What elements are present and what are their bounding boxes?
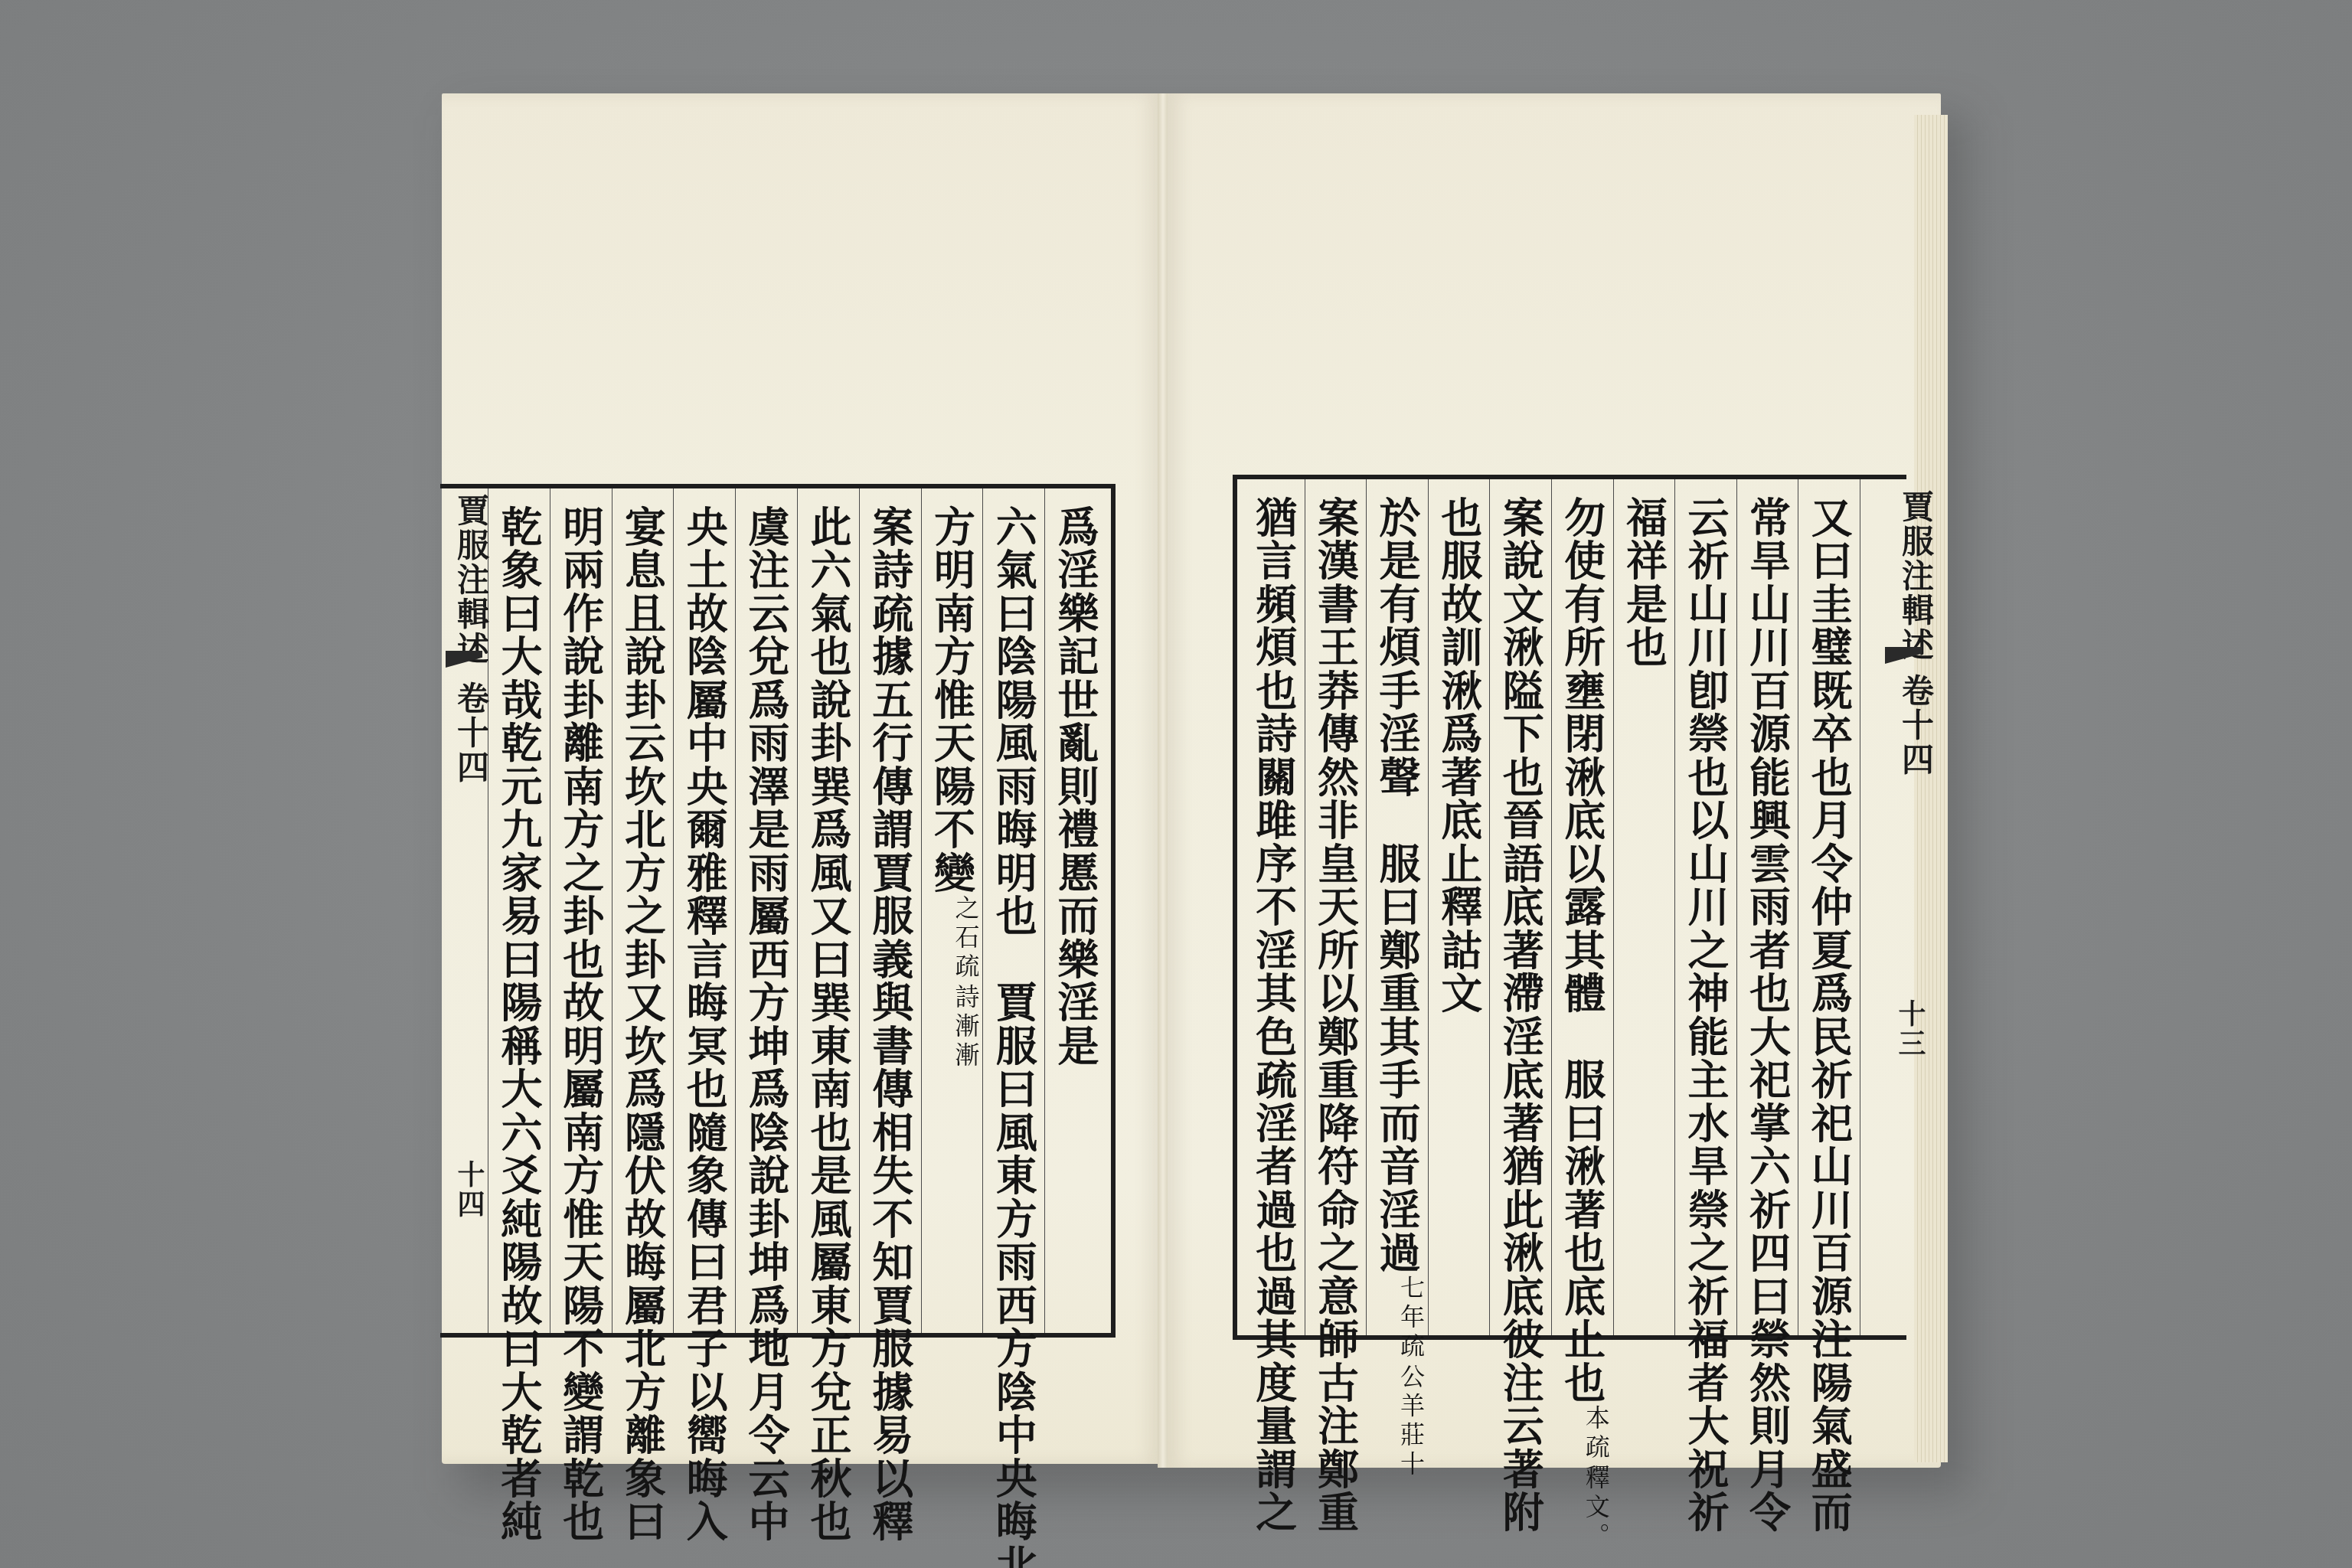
text-column: 案詩疏據五行傳謂賈服義與書傳相失不知賈服據易以釋 (859, 488, 921, 1333)
inline-note: 釋文。本疏 (1583, 1405, 1609, 1552)
column-text: 明兩作說卦離南方之卦也故明屬南方惟天陽不變謂乾也 (554, 488, 608, 1333)
column-text: 六氣曰陰陽風雨晦明也 賈服曰風東方雨西方陰中央晦北 (987, 488, 1040, 1333)
inline-note: 詩漸漸之石疏 (953, 895, 979, 1071)
inline-note: 公羊莊十七年疏 (1398, 1275, 1424, 1480)
text-column: 宴息且說卦云坎北方之卦又坎爲隱伏故晦屬北方離象曰 (612, 488, 674, 1333)
text-column: 又曰圭璧既卒也月令仲夏爲民祈祀山川百源注陽氣盛而 (1798, 479, 1860, 1335)
left-margin-volume: 卷十四 (448, 681, 494, 785)
right-text-frame: 又曰圭璧既卒也月令仲夏爲民祈祀山川百源注陽氣盛而 常旱山川百源能興雲雨者也大祀掌… (1233, 475, 1906, 1340)
note-left: 本疏 (1583, 1405, 1609, 1463)
right-columns: 又曰圭璧既卒也月令仲夏爲民祈祀山川百源注陽氣盛而 常旱山川百源能興雲雨者也大祀掌… (1243, 479, 1906, 1335)
text-column: 六氣曰陰陽風雨晦明也 賈服曰風東方雨西方陰中央晦北 (982, 488, 1044, 1333)
column-text: 此六氣也說卦巽爲風又曰巽東南也是風屬東方兌正秋也 (802, 488, 855, 1333)
column-text: 也服故訓湫爲著底止釋詁文 (1432, 479, 1486, 1335)
column-main-text: 勿使有所壅閉湫底以露其體 服曰湫著也底止也 (1558, 496, 1607, 1405)
note-left: 之石疏 (953, 895, 979, 982)
text-column: 也服故訓湫爲著底止釋詁文 (1428, 479, 1490, 1335)
left-margin-title: 賈服注輯述 (448, 494, 494, 666)
column-text: 云祈山川卽禜也以山川之神能主水旱禜之祈福者大祝祈 (1679, 479, 1733, 1335)
text-column: 乾象曰大哉乾元九家易曰陽稱大六爻純陽故曰大乾者純 (488, 488, 550, 1333)
column-text: 案漢書王莽傳然非皇天所以鄭重降符命之意師古注鄭重 (1308, 479, 1362, 1335)
right-page-number: 十三 (1891, 999, 1930, 1059)
text-column: 福祥是也 (1613, 479, 1675, 1335)
text-column: 方明南方惟天陽不變詩漸漸之石疏 (921, 488, 983, 1333)
column-text: 又曰圭璧既卒也月令仲夏爲民祈祀山川百源注陽氣盛而 (1802, 479, 1856, 1335)
note-right: 釋文。 (1583, 1465, 1609, 1552)
note-left: 七年疏 (1398, 1275, 1424, 1362)
text-column: 勿使有所壅閉湫底以露其體 服曰湫著也底止也釋文。本疏 (1551, 479, 1613, 1335)
left-columns: 爲淫樂記世亂則禮慝而樂淫是 六氣曰陰陽風雨晦明也 賈服曰風東方雨西方陰中央晦北 … (440, 488, 1106, 1333)
column-text: 猶言頻煩也詩關雎序不淫其色疏淫者過也過其度量謂之 (1247, 479, 1301, 1335)
column-text: 央土故陰屬中央爾雅釋言晦冥也隨象傳曰君子以嚮晦入 (678, 488, 731, 1333)
note-right: 詩漸漸 (953, 984, 979, 1071)
column-text: 方明南方惟天陽不變詩漸漸之石疏 (926, 488, 979, 1333)
column-main-text: 於是有煩手淫聲 服曰鄭重其手而音淫過 (1373, 496, 1422, 1275)
column-text: 宴息且說卦云坎北方之卦又坎爲隱伏故晦屬北方離象曰 (616, 488, 670, 1333)
column-text: 福祥是也 (1617, 479, 1671, 1335)
note-right: 公羊莊十 (1398, 1364, 1424, 1480)
page-stack-edges (1914, 115, 1948, 1462)
column-text: 案詩疏據五行傳謂賈服義與書傳相失不知賈服據易以釋 (864, 488, 917, 1333)
text-column: 案漢書王莽傳然非皇天所以鄭重降符命之意師古注鄭重 (1305, 479, 1367, 1335)
column-text: 常旱山川百源能興雲雨者也大祀掌六祈四曰禜然則月令 (1741, 479, 1795, 1335)
text-column: 云祈山川卽禜也以山川之神能主水旱禜之祈福者大祝祈 (1674, 479, 1736, 1335)
right-margin-volume: 卷十四 (1893, 674, 1939, 777)
column-text: 於是有煩手淫聲 服曰鄭重其手而音淫過公羊莊十七年疏 (1370, 479, 1424, 1335)
text-column: 虞注云兌爲雨澤是雨屬西方坤爲陰說卦坤爲地月令云中 (735, 488, 797, 1333)
column-text: 爲淫樂記世亂則禮慝而樂淫是 (1049, 488, 1102, 1333)
text-column: 常旱山川百源能興雲雨者也大祀掌六祈四曰禜然則月令 (1736, 479, 1798, 1335)
text-column: 央土故陰屬中央爾雅釋言晦冥也隨象傳曰君子以嚮晦入 (673, 488, 735, 1333)
column-main-text: 方明南方惟天陽不變 (928, 505, 977, 895)
text-column: 爲淫樂記世亂則禮慝而樂淫是 (1044, 488, 1106, 1333)
right-margin-title: 賈服注輯述 (1893, 490, 1939, 662)
left-page-number: 十四 (450, 1160, 489, 1220)
column-text: 乾象曰大哉乾元九家易曰陽稱大六爻純陽故曰大乾者純 (492, 488, 546, 1333)
text-column: 猶言頻煩也詩關雎序不淫其色疏淫者過也過其度量謂之 (1243, 479, 1305, 1335)
book-gutter (1158, 93, 1168, 1468)
text-column: 明兩作說卦離南方之卦也故明屬南方惟天陽不變謂乾也 (550, 488, 612, 1333)
text-column: 此六氣也說卦巽爲風又曰巽東南也是風屬東方兌正秋也 (797, 488, 859, 1333)
text-column: 於是有煩手淫聲 服曰鄭重其手而音淫過公羊莊十七年疏 (1366, 479, 1428, 1335)
text-column: 案說文湫隘下也晉語底著滯淫底著猶此湫底彼注云著附 (1489, 479, 1551, 1335)
column-text: 勿使有所壅閉湫底以露其體 服曰湫著也底止也釋文。本疏 (1556, 479, 1609, 1335)
column-text: 案說文湫隘下也晉語底著滯淫底著猶此湫底彼注云著附 (1494, 479, 1547, 1335)
column-text: 虞注云兌爲雨澤是雨屬西方坤爲陰說卦坤爲地月令云中 (740, 488, 793, 1333)
left-text-frame: 爲淫樂記世亂則禮慝而樂淫是 六氣曰陰陽風雨晦明也 賈服曰風東方雨西方陰中央晦北 … (440, 484, 1116, 1338)
